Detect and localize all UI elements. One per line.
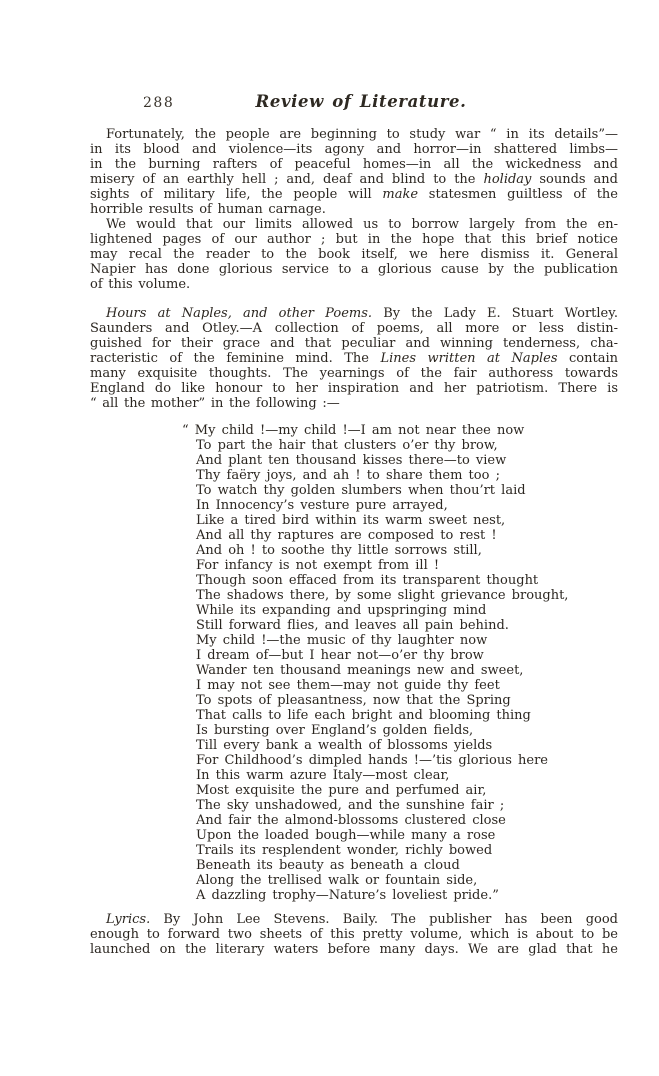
text-line: And fair the almond-blossoms clustered c… [196,813,618,828]
text-line: For Childhood’s dimpled hands !—’tis glo… [196,753,618,768]
text-line: The sky unshadowed, and the sunshine fai… [196,798,618,813]
text-line: Along the trellised walk or fountain sid… [196,873,618,888]
text-line: Lyrics. By John Lee Stevens. Baily. The … [90,912,618,927]
text-line: in its blood and violence—its agony and … [90,142,618,157]
text-line: racteristic of the feminine mind. The Li… [90,351,618,366]
text-line: For infancy is not exempt from ill ! [196,558,618,573]
text-line: And all thy raptures are composed to res… [196,528,618,543]
text-line: launched on the literary waters before m… [90,942,618,957]
text-line: many exquisite thoughts. The yearnings o… [90,366,618,381]
text-line: Beneath its beauty as beneath a cloud [196,858,618,873]
text-line: To watch thy golden slumbers when thou’r… [196,483,618,498]
text-line: Thy faëry joys, and ah ! to share them t… [196,468,618,483]
text-line: Though soon effaced from its transparent… [196,573,618,588]
text-line: horrible results of human carnage. [90,202,618,217]
text-line: misery of an earthly hell ; and, deaf an… [90,172,618,187]
text-line: guished for their grace and that peculia… [90,336,618,351]
text-line: Is bursting over England’s golden fields… [196,723,618,738]
text-line: “ all the mother” in the following :— [90,396,618,411]
text-line: Hours at Naples, and other Poems. By the… [90,306,618,321]
text-line: Most exquisite the pure and perfumed air… [196,783,618,798]
text-line: in the burning rafters of peaceful homes… [90,157,618,172]
text-line: sights of military life, the people will… [90,187,618,202]
text-line: enough to forward two sheets of this pre… [90,927,618,942]
text-line: The shadows there, by some slight grieva… [196,588,618,603]
text-line: may recal the reader to the book itself,… [90,247,618,262]
text-line: Fortunately, the people are beginning to… [90,127,618,142]
text-line: Like a tired bird within its warm sweet … [196,513,618,528]
lyrics-stevens-review-paragraph: Lyrics. By John Lee Stevens. Baily. The … [90,912,618,957]
napier-dismissal-paragraph: We would that our limits allowed us to b… [90,217,618,292]
text-line: That calls to life each bright and bloom… [196,708,618,723]
text-line: Upon the loaded bough—while many a rose [196,828,618,843]
text-line: While its expanding and upspringing mind [196,603,618,618]
text-line: To spots of pleasantness, now that the S… [196,693,618,708]
page-number: 288 [143,95,174,111]
text-line: lightened pages of our author ; but in t… [90,232,618,247]
page-header: 288 Review of Literature. [90,92,618,114]
text-line: In this warm azure Italy—most clear, [196,768,618,783]
text-line: In Innocency’s vesture pure arrayed, [196,498,618,513]
hours-at-naples-review-paragraph: Hours at Naples, and other Poems. By the… [90,306,618,411]
text-line: “ My child !—my child !—I am not near th… [196,423,618,438]
text-line: And plant ten thousand kisses there—to v… [196,453,618,468]
text-line: I may not see them—may not guide thy fee… [196,678,618,693]
text-line: of this volume. [90,277,618,292]
page-content: Fortunately, the people are beginning to… [90,127,618,957]
text-line: Wander ten thousand meanings new and swe… [196,663,618,678]
text-line: Trails its resplendent wonder, richly bo… [196,843,618,858]
text-line: To part the hair that clusters o’er thy … [196,438,618,453]
text-line: My child !—the music of thy laughter now [196,633,618,648]
text-line: We would that our limits allowed us to b… [90,217,618,232]
text-line: I dream of—but I hear not—o’er thy brow [196,648,618,663]
text-line: Still forward flies, and leaves all pain… [196,618,618,633]
scanned-page: 288 Review of Literature. Fortunately, t… [0,0,659,1076]
text-line: Till every bank a wealth of blossoms yie… [196,738,618,753]
text-line: Napier has done glorious service to a gl… [90,262,618,277]
text-line: England do like honour to her inspiratio… [90,381,618,396]
my-child-poem-extract: “ My child !—my child !—I am not near th… [196,423,618,903]
text-line: A dazzling trophy—Nature’s loveliest pri… [196,888,618,903]
text-line: And oh ! to soothe thy little sorrows st… [196,543,618,558]
text-line: Saunders and Otley.—A collection of poem… [90,321,618,336]
napier-war-paragraph: Fortunately, the people are beginning to… [90,127,618,217]
